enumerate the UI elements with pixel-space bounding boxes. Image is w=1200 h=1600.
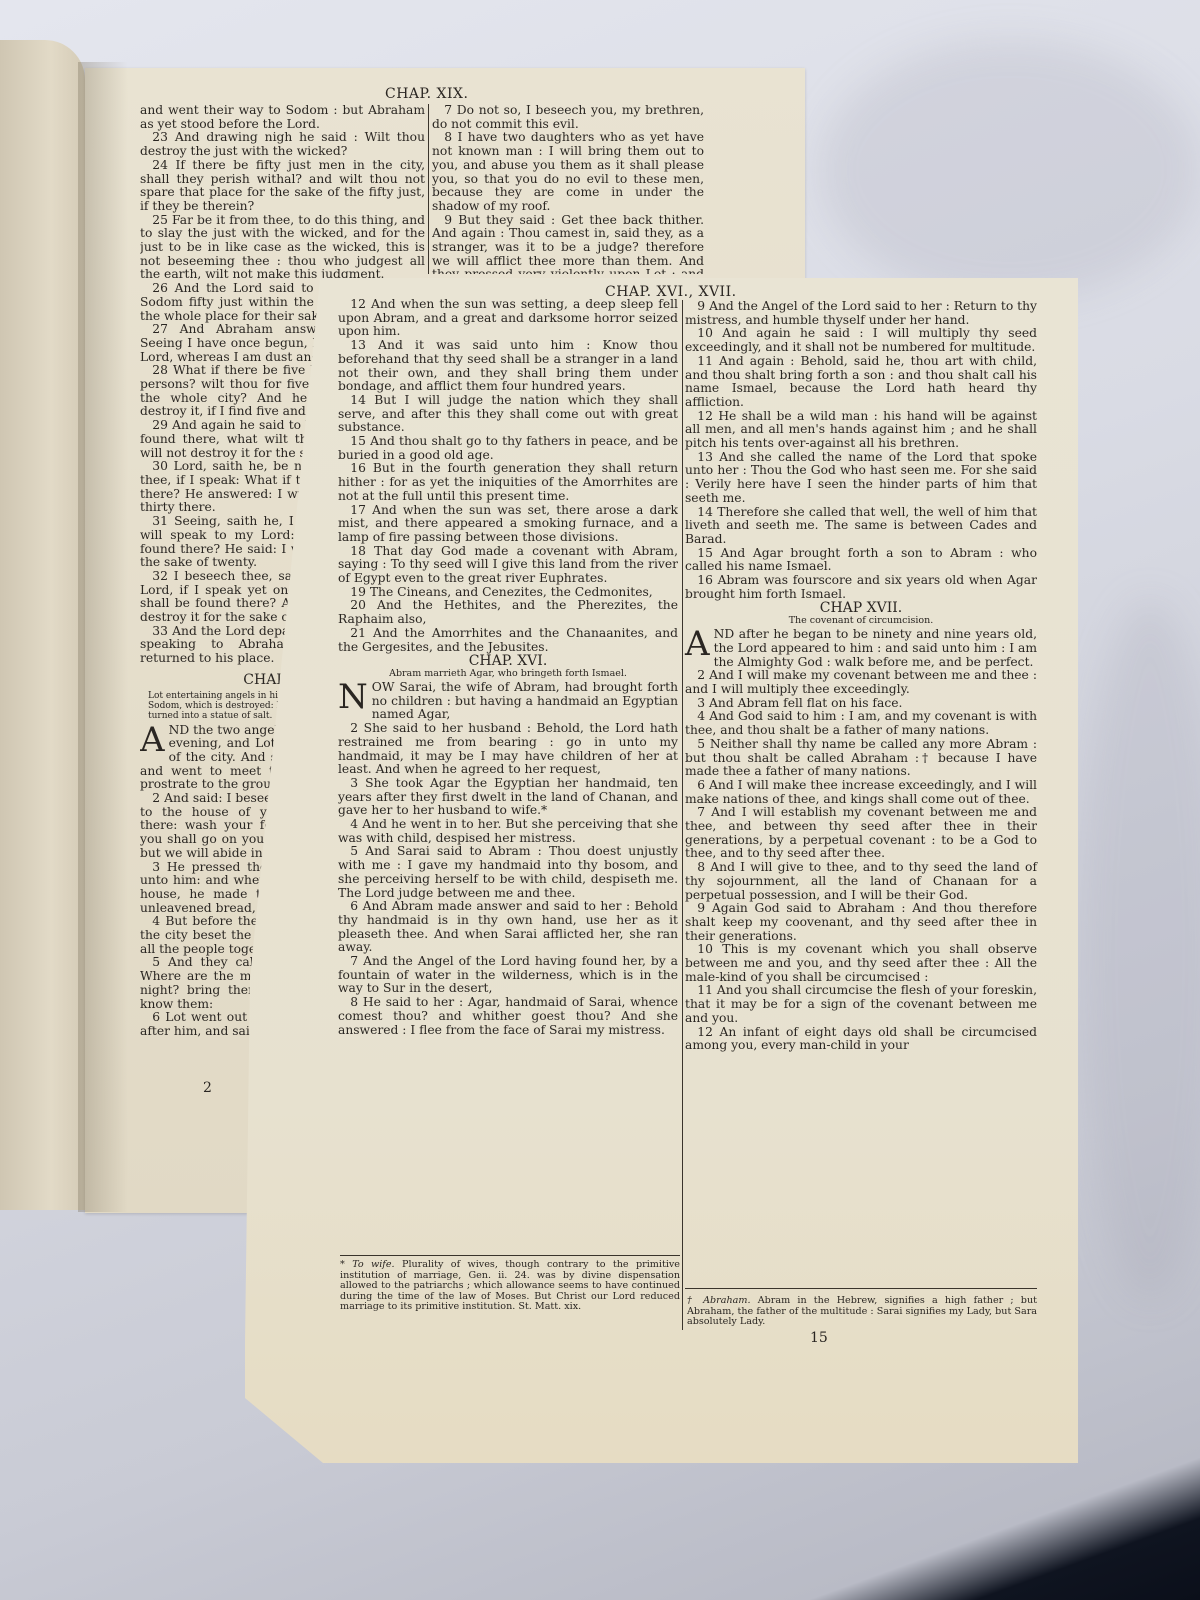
- drop-cap: N: [338, 683, 368, 711]
- verse: 14 But I will judge the nation which the…: [338, 394, 678, 435]
- chapter-heading: CHAP XVII.: [685, 602, 1037, 616]
- verse: 10 This is my covenant which you shall o…: [685, 943, 1037, 984]
- verse: and went their way to Sodom : but Abraha…: [140, 104, 425, 131]
- verse: 6 And Abram made answer and said to her …: [338, 900, 678, 955]
- verse: 5 And Sarai said to Abram : Thou doest u…: [338, 845, 678, 900]
- verse: 9 Again God said to Abraham : And thou t…: [685, 902, 1037, 943]
- verse: 24 If there be fifty just men in the cit…: [140, 159, 425, 214]
- front-left-column: 12 And when the sun was setting, a deep …: [338, 298, 678, 1037]
- verse: 9 And the Angel of the Lord said to her …: [685, 300, 1037, 327]
- spine-shadow: [78, 62, 128, 1212]
- verse: 4 And he went in to her. But she perceiv…: [338, 818, 678, 845]
- verse: 19 The Cineans, and Cenezites, the Cedmo…: [338, 586, 678, 600]
- verse: 13 And she called the name of the Lord t…: [685, 451, 1037, 506]
- verse: 18 That day God made a covenant with Abr…: [338, 545, 678, 586]
- footnote-marker: † Abraham.: [687, 1295, 751, 1306]
- back-page-header: CHAP. XIX.: [385, 86, 468, 102]
- verse: 3 And Abram fell flat on his face.: [685, 697, 1037, 711]
- verse: 23 And drawing nigh he said : Wilt thou …: [140, 131, 425, 158]
- footnote-rule-left: [340, 1255, 680, 1256]
- verse: 16 But in the fourth generation they sha…: [338, 462, 678, 503]
- verse: 15 And thou shalt go to thy fathers in p…: [338, 435, 678, 462]
- verse: 5 Neither shall thy name be called any m…: [685, 738, 1037, 779]
- column-rule: [682, 300, 683, 1330]
- back-right-column: 7 Do not so, I beseech you, my brethren,…: [432, 104, 704, 274]
- verse: 20 And the Hethites, and the Pherezites,…: [338, 599, 678, 626]
- verse: 6 And I will make thee increase exceedin…: [685, 779, 1037, 806]
- page-number: 15: [810, 1330, 828, 1346]
- verse: 12 He shall be a wild man : his hand wil…: [685, 410, 1037, 451]
- cloth-fold: [1080, 600, 1200, 1300]
- page-number: 2: [203, 1080, 212, 1096]
- footnote-right: † Abraham. Abram in the Hebrew, signifie…: [687, 1296, 1037, 1328]
- verse: 7 And I will establish my covenant betwe…: [685, 806, 1037, 861]
- verse: 21 And the Amorrhites and the Chanaanite…: [338, 627, 678, 654]
- verse: 4 And God said to him : I am, and my cov…: [685, 710, 1037, 737]
- front-page: CHAP. XVI., XVII. 12 And when the sun wa…: [245, 278, 1078, 1463]
- drop-cap: A: [140, 726, 165, 754]
- verse: 17 And when the sun was set, there arose…: [338, 504, 678, 545]
- book-left-page-edge: [0, 40, 85, 1210]
- chapter-summary: Abram marrieth Agar, who bringeth forth …: [338, 669, 678, 679]
- verse: 16 Abram was fourscore and six years old…: [685, 574, 1037, 601]
- verse: 2 And I will make my covenant between me…: [685, 669, 1037, 696]
- verse: 7 Do not so, I beseech you, my brethren,…: [432, 104, 704, 131]
- verse: 2 She said to her husband : Behold, the …: [338, 722, 678, 777]
- front-right-column: 9 And the Angel of the Lord said to her …: [685, 300, 1037, 1053]
- verse: 10 And again he said : I will multiply t…: [685, 327, 1037, 354]
- verse: 13 And it was said unto him : Know thou …: [338, 339, 678, 394]
- verse: 3 She took Agar the Egyptian her handmai…: [338, 777, 678, 818]
- footnote-marker: * To wife.: [340, 1259, 395, 1270]
- verse-dropcap: NOW Sarai, the wife of Abram, had brough…: [338, 681, 678, 722]
- verse: 8 I have two daughters who as yet have n…: [432, 131, 704, 213]
- verse: 12 And when the sun was setting, a deep …: [338, 298, 678, 339]
- column-rule: [428, 104, 429, 274]
- verse: 9 But they said : Get thee back thither.…: [432, 214, 704, 274]
- footnote-left: * To wife. Plurality of wives, though co…: [340, 1260, 680, 1313]
- verse: 15 And Agar brought forth a son to Abram…: [685, 547, 1037, 574]
- verse: 8 And I will give to thee, and to thy se…: [685, 861, 1037, 902]
- verse: 7 And the Angel of the Lord having found…: [338, 955, 678, 996]
- cloth-fold: [820, 40, 1200, 300]
- verse: 11 And again : Behold, said he, thou art…: [685, 355, 1037, 410]
- verse: 11 And you shall circumcise the flesh of…: [685, 984, 1037, 1025]
- verse: 12 An infant of eight days old shall be …: [685, 1026, 1037, 1053]
- verse: 8 He said to her : Agar, handmaid of Sar…: [338, 996, 678, 1037]
- footnote-rule-right: [685, 1288, 1037, 1289]
- verse: 25 Far be it from thee, to do this thing…: [140, 214, 425, 283]
- drop-cap: A: [685, 630, 710, 658]
- verse-dropcap: AND after he began to be ninety and nine…: [685, 628, 1037, 669]
- chapter-summary: The covenant of circumcision.: [685, 616, 1037, 626]
- chapter-heading: CHAP. XVI.: [338, 655, 678, 669]
- verse: 14 Therefore she called that well, the w…: [685, 506, 1037, 547]
